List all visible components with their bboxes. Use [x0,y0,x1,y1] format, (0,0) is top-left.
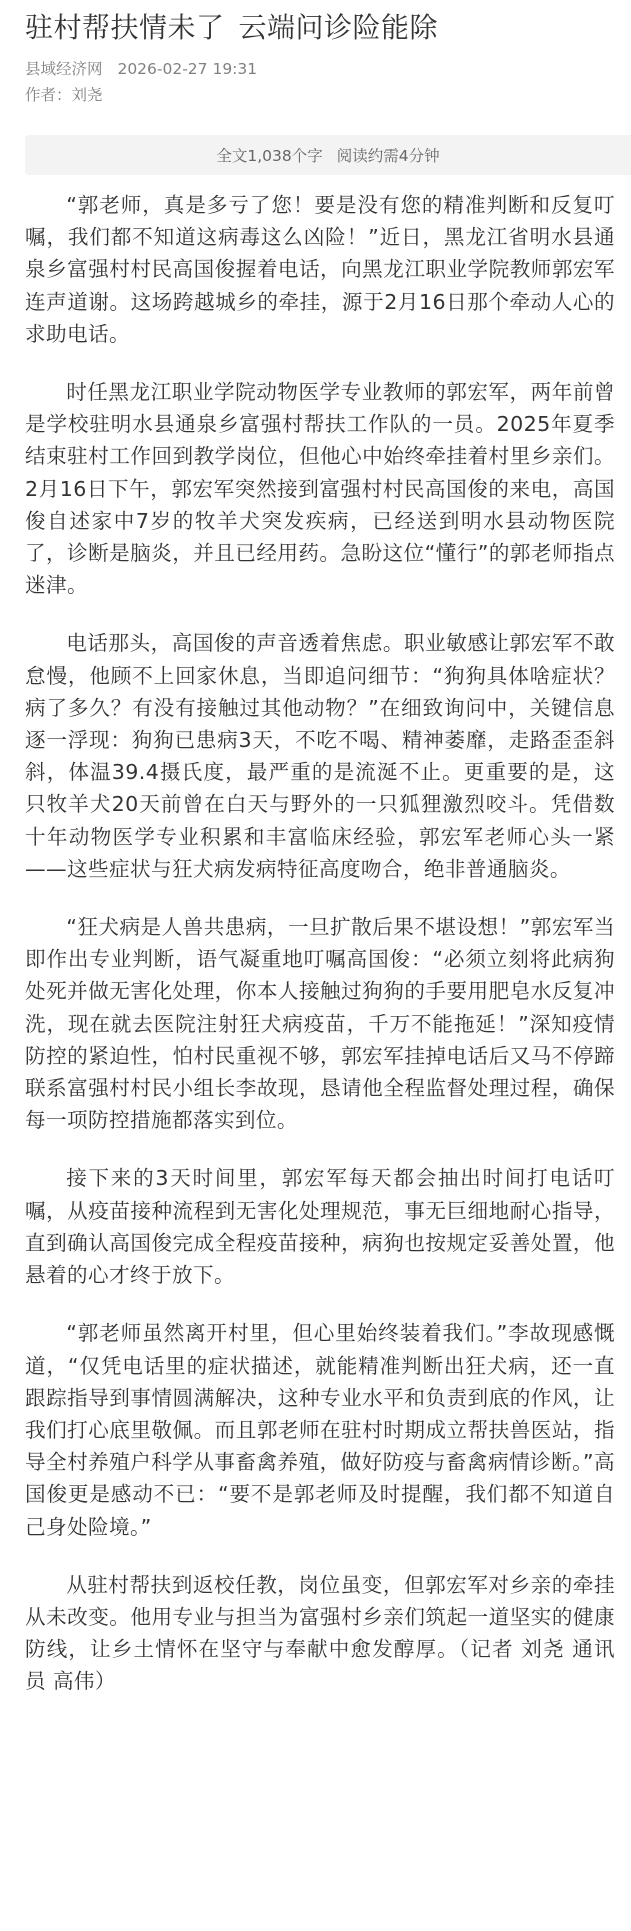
article-title: 驻村帮扶情未了云端问诊险能除 [25,0,631,47]
author-line: 作者：刘尧 [25,82,631,108]
article-paragraph: 时任黑龙江职业学院动物医学专业教师的郭宏军，两年前曾是学校驻明水县通泉乡富强村帮… [25,376,615,601]
word-count: 全文1,038个字 [216,144,322,166]
author-label: 作者： [25,86,72,104]
title-part-1: 驻村帮扶情未了 [25,11,225,44]
article-paragraph: “狂犬病是人兽共患病，一旦扩散后果不堪设想！”郭宏军当即作出专业判断，语气凝重地… [25,911,615,1136]
article-page: 驻村帮扶情未了云端问诊险能除 县域经济网 2026-02-27 19:31 作者… [0,0,631,1698]
article-meta: 县域经济网 2026-02-27 19:31 作者：刘尧 [25,56,631,108]
reading-summary-bar: 全文1,038个字 阅读约需4分钟 [25,135,631,175]
article-paragraph: 从驻村帮扶到返校任教，岗位虽变，但郭宏军对乡亲的牵挂从未改变。他用专业与担当为富… [25,1569,615,1698]
article-paragraph: 电话那头，高国俊的声音透着焦虑。职业敏感让郭宏军不敢怠慢，他顾不上回家休息，当即… [25,627,615,885]
article-body: “郭老师，真是多亏了您！要是没有您的精准判断和反复叮嘱，我们都不知道这病毒这么凶… [25,189,615,1698]
article-paragraph: “郭老师，真是多亏了您！要是没有您的精准判断和反复叮嘱，我们都不知道这病毒这么凶… [25,189,615,350]
article-source: 县域经济网 [25,60,103,78]
author-name: 刘尧 [72,86,103,104]
title-part-2: 云端问诊险能除 [239,11,439,44]
publish-datetime: 2026-02-27 19:31 [117,60,257,78]
article-paragraph: “郭老师虽然离开村里，但心里始终装着我们。”李故现感慨道，“仅凭电话里的症状描述… [25,1317,615,1542]
reading-time: 阅读约需4分钟 [337,144,440,166]
source-line: 县域经济网 2026-02-27 19:31 [25,56,631,82]
article-paragraph: 接下来的3天时间里，郭宏军每天都会抽出时间打电话叮嘱，从疫苗接种流程到无害化处理… [25,1162,615,1291]
